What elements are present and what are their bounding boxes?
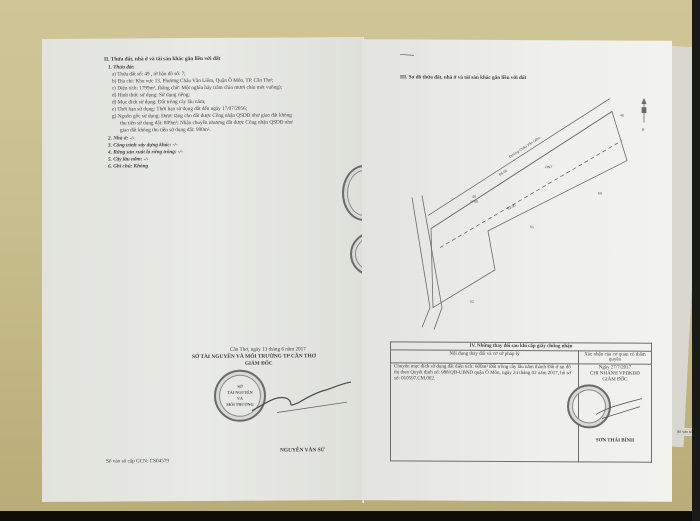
issuer-name: SỞ TÀI NGUYÊN VÀ MÔI TRƯỜNG TP CẦN THƠ — [192, 353, 316, 360]
changes-table: IV. Những thay đổi sau khi cấp giấy chứn… — [390, 341, 652, 462]
changes-content: Chuyển mục đích sử dụng đất diện tích: 6… — [391, 363, 579, 462]
map-edge-top: 89.00 — [498, 169, 508, 177]
branch-signature — [594, 394, 644, 419]
usage-origin-3: giao đất không thu tiền sử dụng đất: 990… — [120, 127, 211, 134]
item-perennial-trees: 5. Cây lâu năm: -/- — [108, 156, 149, 162]
parcel-number: a) Thửa đất số: 49 , tờ bản đồ số: 7; — [112, 71, 186, 77]
signer-name: NGUYỄN VĂN SỬ — [280, 447, 325, 453]
parcel-map: Đường Châu Văn Liêm 89.00 63.00 49 1799 … — [400, 97, 670, 363]
issue-place-date: Cần Thơ, ngày 13 tháng 6 năm 2017 — [230, 346, 306, 352]
land-parcel-heading: 1. Thửa đất: — [108, 64, 135, 70]
map-neighbor-1: 48 — [620, 114, 624, 118]
confirmation-signer: SƠN THÁI BÌNH — [579, 438, 651, 444]
map-zone: ONT — [545, 165, 553, 169]
section-iii-title: III. Sơ đồ thửa đất, nhà ở và tài sản kh… — [400, 74, 526, 81]
usage-form: d) Hình thức sử dụng: Sử dụng riêng; — [112, 92, 190, 98]
map-parcel-number: 49 — [472, 195, 476, 199]
usage-origin-1: g) Nguồn gốc sử dụng: Được tặng cho đất … — [112, 112, 292, 119]
page-mark — [398, 51, 418, 57]
north-arrow-label: B — [642, 128, 645, 132]
item-other-construction: 3. Công trình xây dựng khác: -/- — [108, 142, 178, 148]
register-number: Số vào sổ cấp GCN: CS04579 — [106, 458, 169, 464]
map-neighbor-4: 52 — [470, 300, 474, 304]
usage-origin-2: thu tiền sử dụng đất: 809m²; Nhận chuyển… — [120, 119, 293, 126]
map-road-label: Đường Châu Văn Liêm — [508, 136, 541, 159]
usage-purpose: đ) Mục đích sử dụng: Đất trồng cây lâu n… — [112, 99, 205, 106]
item-planted-forest: 4. Rừng sản xuất là rừng trồng: -/- — [108, 149, 183, 155]
changes-col1-header: Nội dung thay đổi và cơ sở pháp lý — [391, 350, 579, 364]
certificate-page-left: II. Thửa đất, nhà ở và tài sản khác gắn … — [42, 37, 364, 502]
edge-seal-partial — [342, 165, 364, 221]
confirmation-role: GIÁM ĐỐC — [582, 377, 648, 383]
parcel-address: b) Địa chỉ: Khu vực 13, Phường Châu Văn … — [112, 78, 273, 85]
usage-term: e) Thời hạn sử dụng: Thời hạn sử dụng đấ… — [112, 106, 247, 113]
parcel-area: c) Diện tích: 1799m², (bằng chữ: Một ngh… — [112, 85, 282, 92]
bottom-shadow — [0, 511, 700, 521]
director-signature — [247, 372, 357, 418]
map-edge-bottom: 63.00 — [507, 203, 517, 211]
issuer-role: GIÁM ĐỐC — [245, 361, 273, 367]
map-neighbor-3: 51 — [530, 225, 534, 229]
changes-col2-header: Xác nhận của cơ quan có thẩm quyền — [578, 351, 651, 364]
map-neighbor-2: 50 — [598, 191, 602, 195]
section-ii-title: II. Thửa đất, nhà ở và tài sản khác gắn … — [104, 56, 220, 63]
item-notes: 6. Ghi chú: Không — [108, 163, 148, 169]
side-tab: Số vào sổ — [676, 428, 694, 436]
right-edge — [692, 0, 700, 521]
item-house: 2. Nhà ở: -/- — [108, 135, 134, 141]
certificate-page-right: III. Sơ đồ thửa đất, nhà ở và tài sản kh… — [362, 39, 672, 502]
map-area: 1799 — [470, 200, 478, 204]
